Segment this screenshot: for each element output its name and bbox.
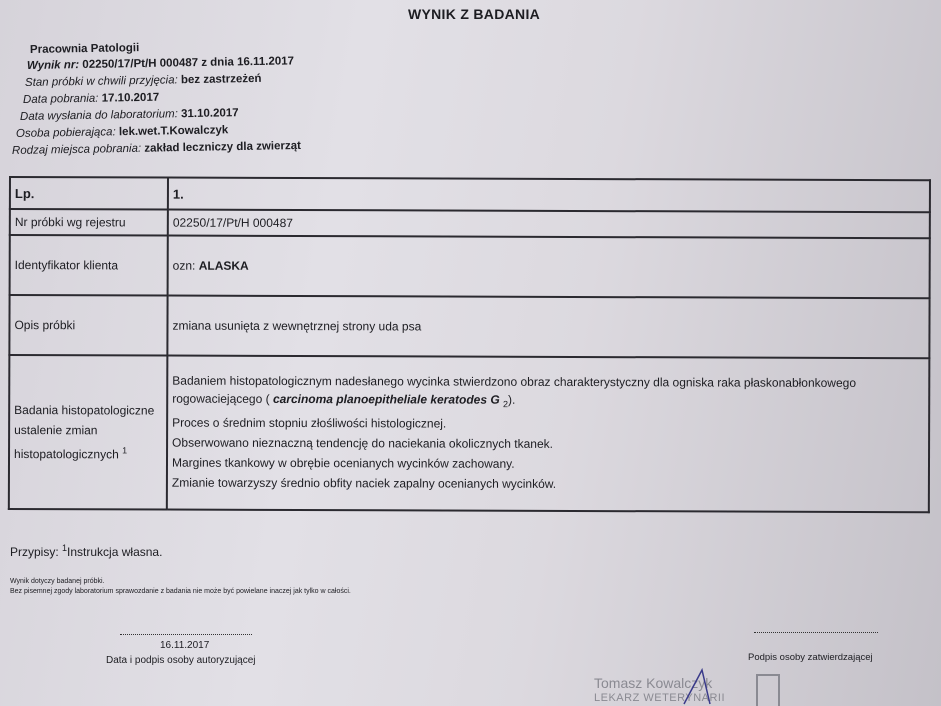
result-number: Wynik nr: 02250/17/Pt/H 000487 z dnia 16… bbox=[27, 55, 294, 72]
footnotes: Przypisy: 1Instrukcja własna. bbox=[10, 543, 162, 559]
table-row: Badania histopatologiczne ustalenie zmia… bbox=[9, 355, 930, 512]
table-row: Lp. 1. bbox=[10, 177, 930, 212]
finding-line: Proces o średnim stopniu złośliwości his… bbox=[172, 414, 924, 435]
finding-line: Obserwowano nieznaczną tendencję do naci… bbox=[172, 434, 924, 455]
document-page: WYNIK Z BADANIA Pracownia Patologii Wyni… bbox=[0, 0, 941, 706]
signature-line-right bbox=[754, 632, 878, 633]
table-row: Opis próbki zmiana usunięta z wewnętrzne… bbox=[9, 295, 929, 358]
authorizing-signature-label: Data i podpis osoby autoryzującej bbox=[106, 655, 256, 666]
examination-findings: Badaniem histopatologicznym nadesłanego … bbox=[167, 356, 930, 513]
finding-line: Badaniem histopatologicznym nadesłanego … bbox=[172, 371, 924, 414]
client-id-value: ozn: ALASKA bbox=[168, 236, 930, 299]
sample-description-label: Opis próbki bbox=[9, 295, 167, 356]
collection-place: Rodzaj miejsca pobrania: zakład lecznicz… bbox=[12, 140, 301, 157]
collector: Osoba pobierająca: lek.wet.T.Kowalczyk bbox=[16, 124, 228, 140]
client-id-label: Identyfikator klienta bbox=[10, 235, 168, 296]
examination-label: Badania histopatologiczne ustalenie zmia… bbox=[9, 355, 168, 510]
authorization-date: 16.11.2017 bbox=[160, 640, 209, 651]
sample-number-value: 02250/17/Pt/H 000487 bbox=[168, 210, 930, 239]
finding-line: Margines tkankowy w obrębie ocenianych w… bbox=[172, 454, 924, 475]
sample-condition: Stan próbki w chwili przyjęcia: bez zast… bbox=[25, 73, 262, 89]
handwritten-signature-icon bbox=[680, 668, 720, 706]
approving-signature-label: Podpis osoby zatwierdzającej bbox=[748, 652, 873, 663]
table-row: Identyfikator klienta ozn: ALASKA bbox=[10, 235, 930, 298]
sample-number-label: Nr próbki wg rejestru bbox=[10, 209, 168, 236]
sample-description-value: zmiana usunięta z wewnętrznej strony uda… bbox=[167, 296, 929, 359]
stamp-number-box bbox=[756, 674, 780, 706]
sent-date: Data wysłania do laboratorium: 31.10.201… bbox=[20, 107, 239, 123]
document-title: WYNIK Z BADANIA bbox=[408, 6, 540, 22]
finding-line: Zmianie towarzyszy średnio obfity naciek… bbox=[172, 474, 924, 495]
disclaimer: Wynik dotyczy badanej próbki. Bez pisemn… bbox=[10, 577, 351, 597]
results-table: Lp. 1. Nr próbki wg rejestru 02250/17/Pt… bbox=[8, 176, 931, 513]
table-row: Nr próbki wg rejestru 02250/17/Pt/H 0004… bbox=[10, 209, 930, 238]
lp-label: Lp. bbox=[10, 177, 168, 210]
collection-date: Data pobrania: 17.10.2017 bbox=[23, 92, 159, 106]
signature-line-left bbox=[120, 634, 252, 635]
lp-value: 1. bbox=[168, 178, 930, 213]
lab-name: Pracownia Patologii bbox=[30, 42, 139, 56]
